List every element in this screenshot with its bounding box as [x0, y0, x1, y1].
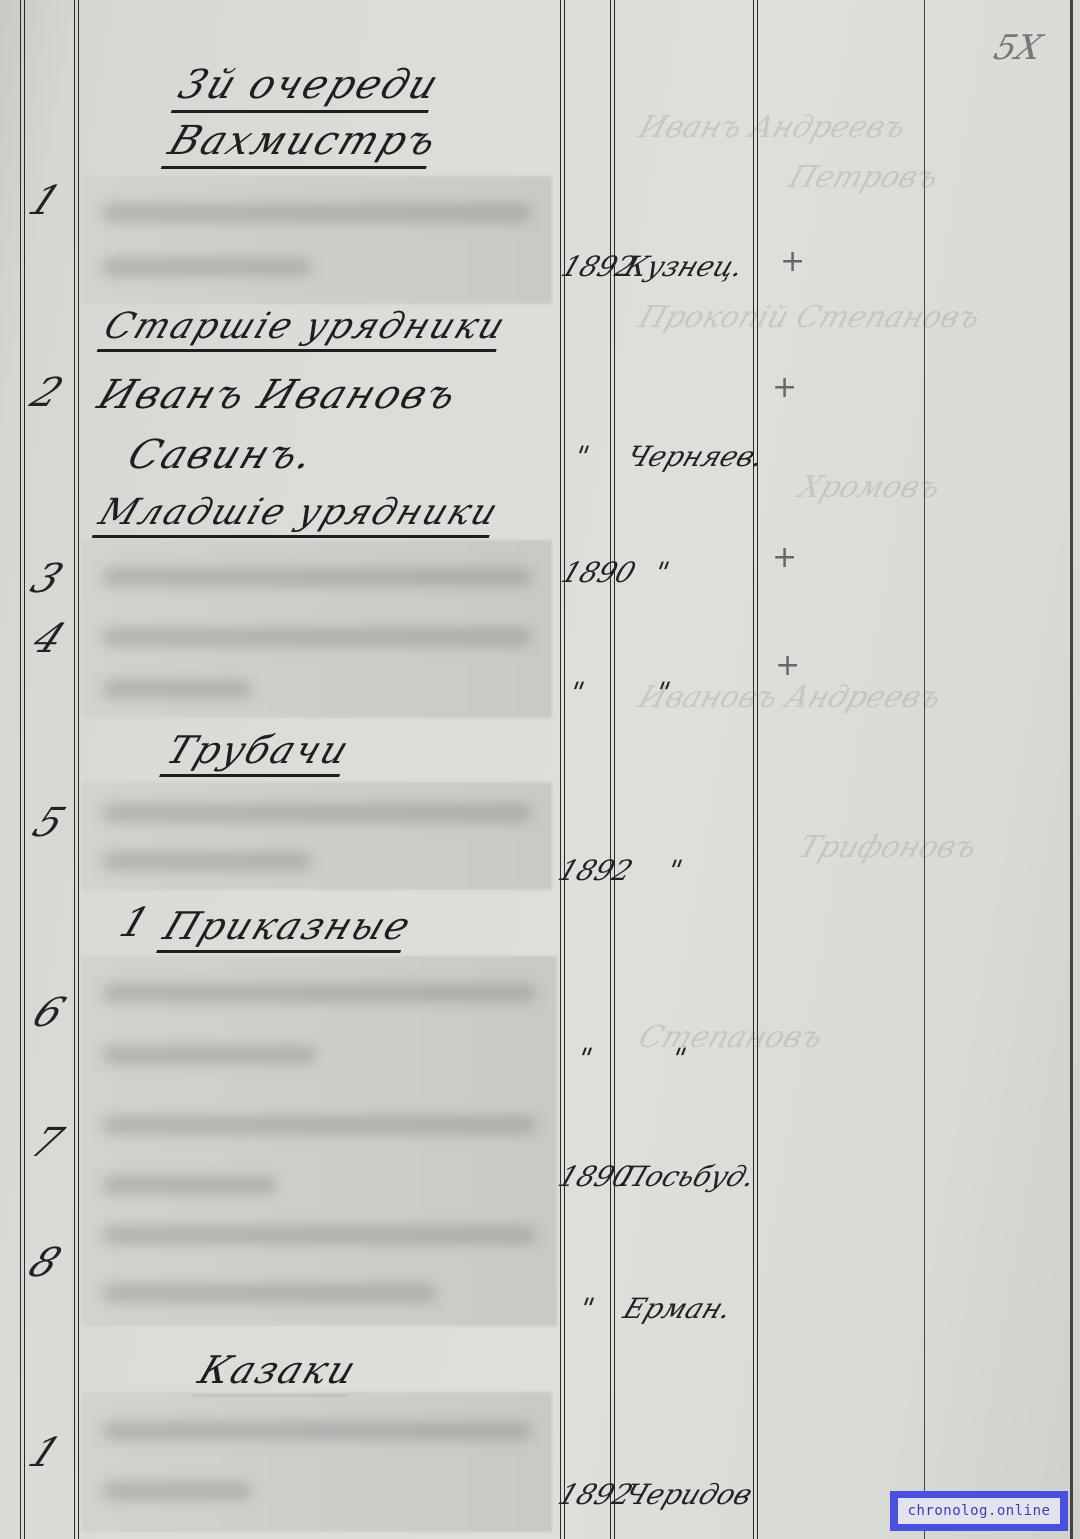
entry-place: Ерман.: [619, 1292, 737, 1325]
section-prefix-number: 1: [114, 900, 158, 946]
bleed-through-text: Петровъ: [784, 160, 942, 195]
redacted-name: [82, 782, 552, 890]
page-number-mark: 5X: [990, 28, 1047, 68]
cross-mark: +: [775, 648, 800, 683]
cross-mark: +: [772, 540, 797, 575]
bleed-through-text: Прокопiй Степановъ: [634, 300, 984, 335]
section-title-trumpeters: Трубачи: [159, 728, 357, 777]
section-title-wachtmeister: Вахмистръ: [161, 118, 445, 169]
entry-name-line1: Иванъ Ивановъ: [92, 372, 465, 418]
entry-number: 7: [23, 1120, 70, 1166]
right-column-rule: [924, 0, 925, 1539]
bleed-through-text: Иванъ Андреевъ: [634, 110, 910, 145]
cross-mark: +: [780, 244, 805, 279]
bleed-through-text: Степановъ: [634, 1020, 827, 1055]
section-title-prikaznye: Приказные: [156, 904, 418, 953]
entry-place: Черидов: [620, 1478, 757, 1511]
redacted-name: [82, 1392, 552, 1532]
archival-register-page: Иванъ Андреевъ Петровъ Прокопiй Степанов…: [0, 0, 1080, 1539]
entry-number: 1: [21, 178, 68, 224]
entry-place: Черняев.: [622, 440, 769, 473]
entry-number: 4: [25, 616, 72, 662]
entry-number: 1: [21, 1430, 68, 1476]
cross-mark: +: [772, 370, 797, 405]
entry-year-ditto: ": [572, 1042, 597, 1075]
entry-number: 6: [25, 990, 72, 1036]
entry-number: 2: [23, 370, 70, 416]
redacted-name: [82, 540, 552, 718]
mark-column-rule: [753, 0, 754, 1539]
entry-place-ditto: ": [662, 854, 687, 887]
entry-number: 8: [21, 1240, 68, 1286]
year-column-rule: [560, 0, 561, 1539]
bleed-through-text: Ивановъ Андреевъ: [634, 680, 945, 715]
margin-rule-left: [20, 0, 21, 1539]
entry-number: 3: [23, 556, 70, 602]
section-title-junior-uryadniki: Младшiе урядники: [92, 492, 505, 538]
page-edge-rule: [1070, 0, 1073, 1539]
entry-year-ditto: ": [569, 440, 594, 473]
section-title-senior-uryadniki: Старшiе урядники: [97, 306, 512, 352]
number-column-rule: [74, 0, 75, 1539]
section-title-cossacks: Казаки: [191, 1348, 363, 1397]
entry-place-ditto: ": [649, 556, 674, 589]
entry-place-ditto: ": [666, 1042, 691, 1075]
watermark-badge: chronolog.online: [890, 1491, 1068, 1531]
entry-year: 1890: [557, 556, 640, 589]
watermark-text: chronolog.online: [898, 1498, 1061, 1524]
entry-name-line2: Савинъ.: [122, 432, 322, 478]
entry-place-ditto: ": [650, 676, 675, 709]
redacted-name: [82, 956, 557, 1326]
entry-place: Кузнец.: [620, 250, 749, 283]
entry-year: 1892: [554, 854, 637, 887]
redacted-name: [82, 176, 552, 304]
entry-place: Посьбуд.: [616, 1160, 760, 1193]
entry-number: 5: [25, 800, 72, 846]
bleed-through-text: Трифоновъ: [794, 830, 981, 865]
entry-year-ditto: ": [574, 1292, 599, 1325]
bleed-through-text: Хромовъ: [794, 470, 944, 505]
entry-year-ditto: ": [564, 676, 589, 709]
place-column-rule: [610, 0, 611, 1539]
queue-heading: 3й очереди: [171, 62, 447, 113]
